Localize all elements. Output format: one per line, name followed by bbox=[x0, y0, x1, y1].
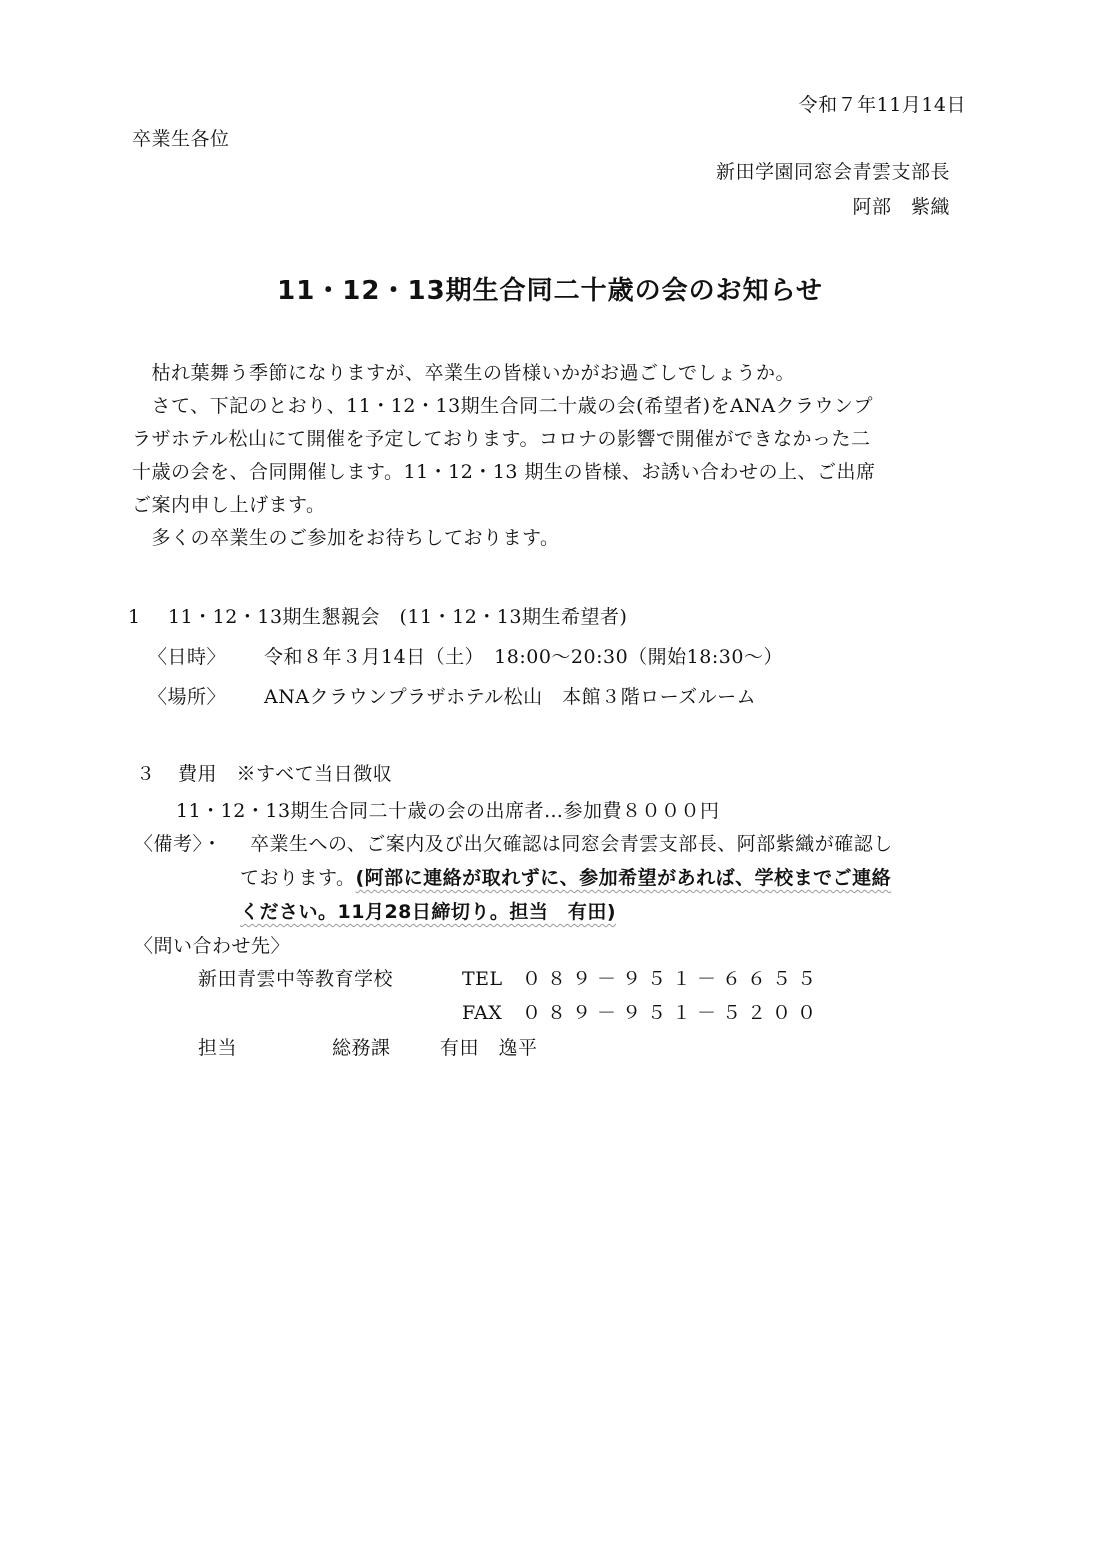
body-line-1: 枯れ葉舞う季節になりますが、卒業生の皆様いかがお過ごしでしょうか。 bbox=[132, 364, 795, 383]
section-3-number: ３ bbox=[136, 765, 156, 784]
section-3-heading: 費用 ※すべて当日徴収 bbox=[178, 765, 392, 784]
notes-line-3-emphasis: ください。11月28日締切り。担当 有田) bbox=[240, 901, 616, 923]
document-date: 令和７年11月14日 bbox=[799, 96, 966, 115]
contact-school: 新田青雲中等教育学校 bbox=[198, 970, 393, 989]
body-line-3: ラザホテル松山にて開催を予定しております。コロナの影響で開催ができなかった二 bbox=[132, 430, 871, 449]
staff-department: 総務課 bbox=[332, 1039, 391, 1058]
datetime-label: 〈日時〉 bbox=[148, 648, 226, 667]
place-value: ANAクラウンプラザホテル松山 本館３階ローズルーム bbox=[264, 688, 756, 707]
notes-line-3: ください。11月28日締切り。担当 有田) bbox=[240, 903, 616, 922]
fax-value: ０８９－９５１－５２００ bbox=[522, 1004, 822, 1023]
notes-line-2: ております。(阿部に連絡が取れずに、参加希望があれば、学校までご連絡 bbox=[240, 869, 891, 888]
contact-label: 〈問い合わせ先〉 bbox=[134, 937, 290, 956]
notes-line-2-emphasis: (阿部に連絡が取れずに、参加希望があれば、学校までご連絡 bbox=[355, 867, 891, 889]
sender-organization: 新田学園同窓会青雲支部長 bbox=[716, 163, 950, 182]
notes-line-2-plain: ております。 bbox=[240, 867, 355, 889]
tel-label: TEL bbox=[462, 970, 503, 989]
recipient: 卒業生各位 bbox=[132, 130, 230, 149]
body-line-6: 多くの卒業生のご参加をお待ちしております。 bbox=[132, 529, 559, 548]
section-1-number: 1 bbox=[128, 608, 141, 627]
body-line-4: 十歳の会を、合同開催します。11・12・13 期生の皆様、お誘い合わせの上、ご出… bbox=[132, 463, 876, 482]
body-line-5: ご案内申し上げます。 bbox=[132, 496, 325, 515]
notes-label: 〈備考〉・ bbox=[134, 835, 222, 854]
tel-value: ０８９－９５１－６６５５ bbox=[522, 970, 822, 989]
sender-name: 阿部 紫織 bbox=[852, 198, 950, 217]
notes-line-1: 卒業生への、ご案内及び出欠確認は同窓会青雲支部長、阿部紫織が確認し bbox=[250, 835, 893, 854]
document-page: 令和７年11月14日 卒業生各位 新田学園同窓会青雲支部長 阿部 紫織 11・1… bbox=[0, 0, 1100, 1556]
page-title: 11・12・13期生合同二十歳の会のお知らせ bbox=[0, 278, 1100, 304]
datetime-value: 令和８年３月14日（土） 18:00～20:30（開始18:30～） bbox=[264, 648, 783, 667]
fax-label: FAX bbox=[462, 1004, 502, 1023]
staff-label: 担当 bbox=[198, 1039, 237, 1058]
fee-line: 11・12・13期生合同二十歳の会の出席者…参加費８０００円 bbox=[176, 802, 720, 821]
place-label: 〈場所〉 bbox=[148, 688, 226, 707]
body-line-2: さて、下記のとおり、11・12・13期生合同二十歳の会(希望者)をANAクラウン… bbox=[132, 397, 873, 416]
section-1-heading: 11・12・13期生懇親会 (11・12・13期生希望者) bbox=[168, 608, 627, 627]
staff-name: 有田 逸平 bbox=[440, 1039, 538, 1058]
